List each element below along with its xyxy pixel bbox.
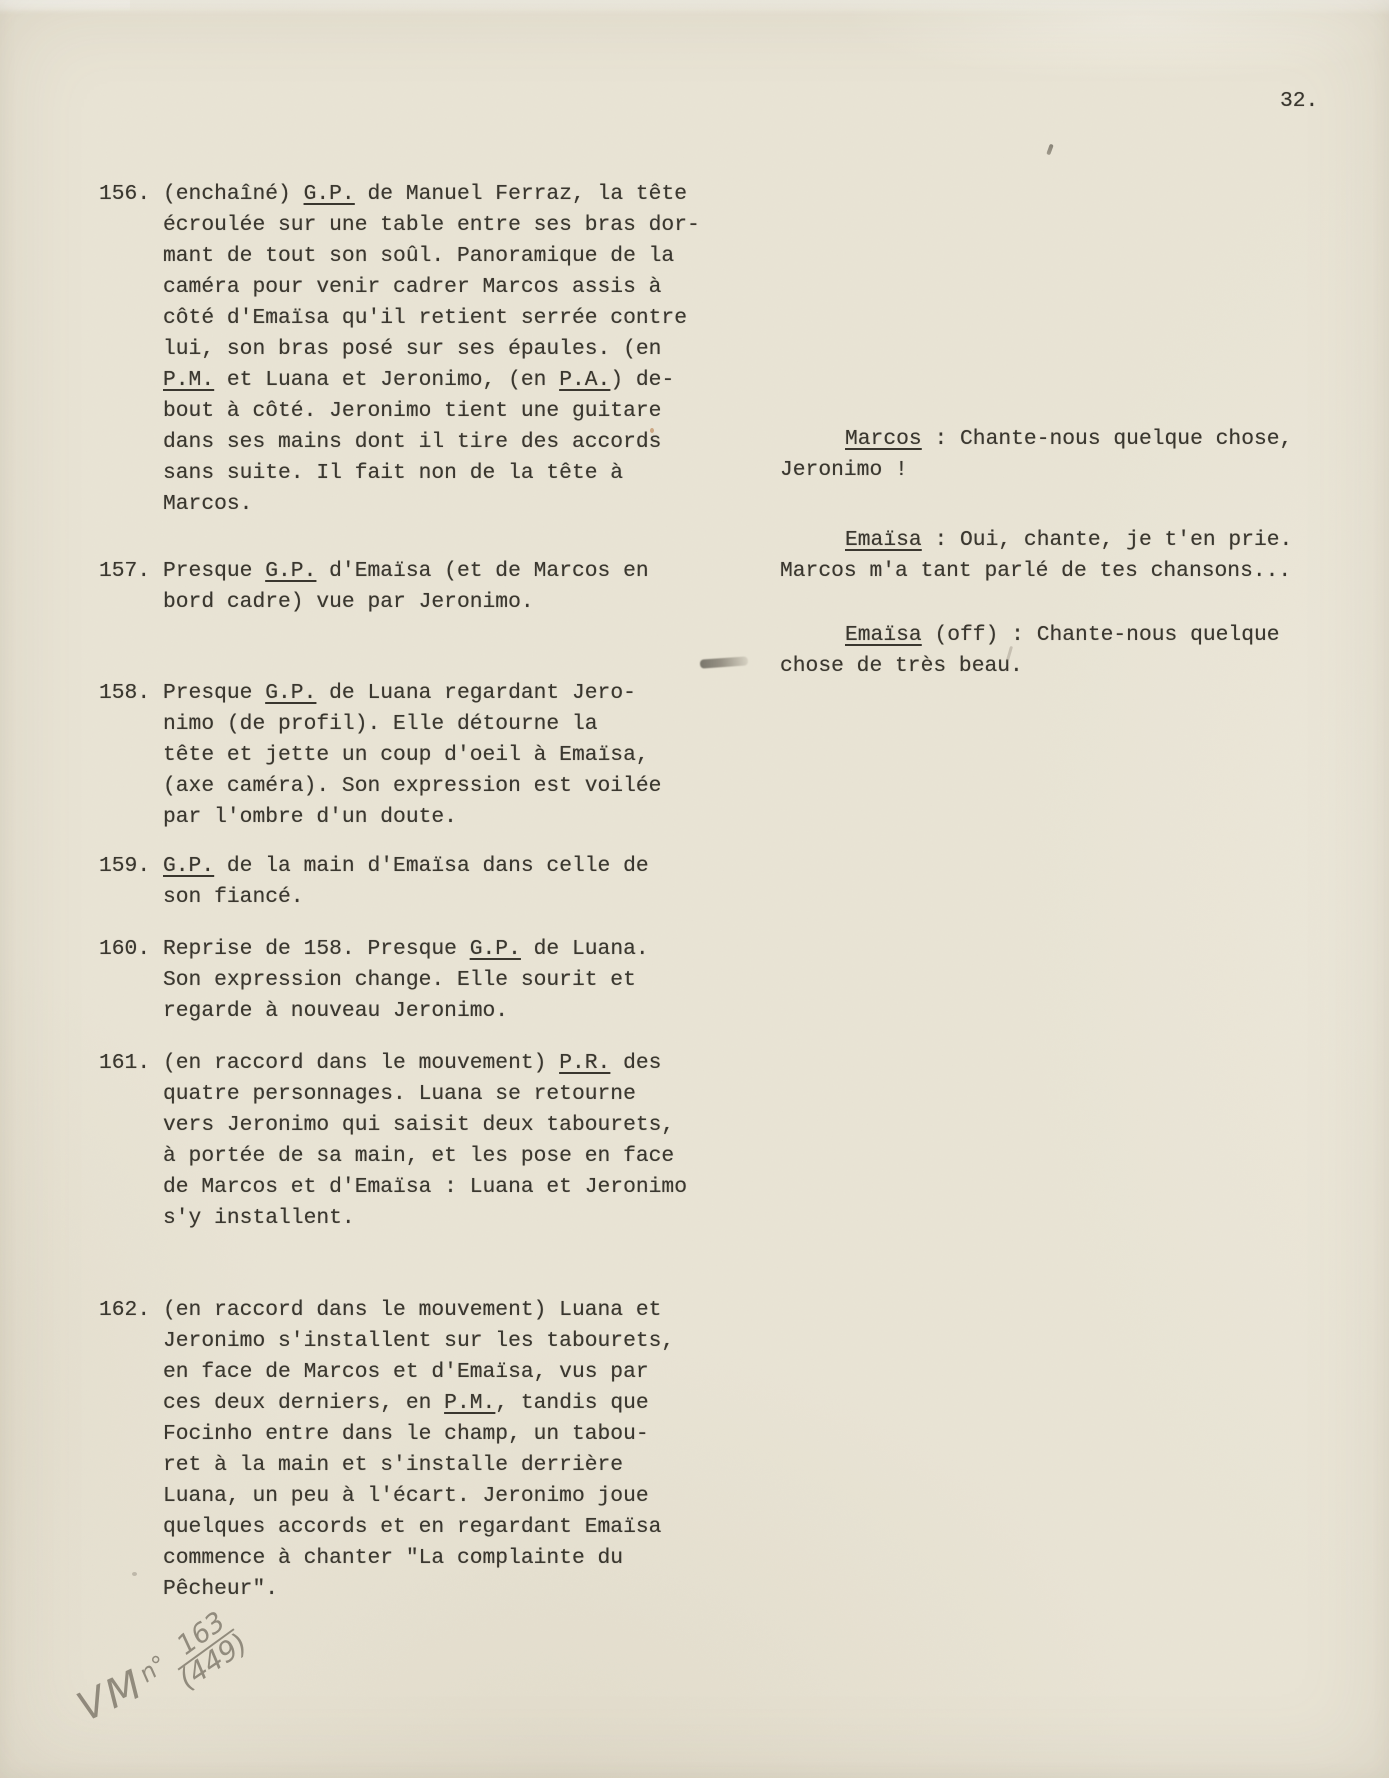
text-line: chose de très beau. xyxy=(780,651,1340,682)
dialogue-block: Emaïsa : Oui, chante, je t'en prie.Marco… xyxy=(780,525,1340,587)
dialogue-block: Marcos : Chante-nous quelque chose,Jeron… xyxy=(780,424,1340,486)
text-segment: chose de très beau. xyxy=(780,654,1023,678)
underlined-term: Emaïsa xyxy=(845,623,922,647)
text-segment: (off) : Chante-nous quelque xyxy=(922,623,1280,647)
text-line: Emaïsa (off) : Chante-nous quelque xyxy=(780,620,1340,651)
text-line: Marcos : Chante-nous quelque chose, xyxy=(780,424,1340,455)
dialogue-column: Marcos : Chante-nous quelque chose,Jeron… xyxy=(0,0,1389,1778)
text-segment: Jeronimo ! xyxy=(780,458,908,482)
text-line: Marcos m'a tant parlé de tes chansons... xyxy=(780,556,1340,587)
text-segment: : Oui, chante, je t'en prie. xyxy=(922,528,1293,552)
text-segment: Marcos m'a tant parlé de tes chansons... xyxy=(780,559,1291,583)
text-line: Jeronimo ! xyxy=(780,455,1340,486)
text-line: Emaïsa : Oui, chante, je t'en prie. xyxy=(780,525,1340,556)
underlined-term: Marcos xyxy=(845,427,922,451)
script-page: 32. 156.(enchaîné) G.P. de Manuel Ferraz… xyxy=(0,0,1389,1778)
dialogue-block: Emaïsa (off) : Chante-nous quelquechose … xyxy=(780,620,1340,682)
text-segment: : Chante-nous quelque chose, xyxy=(922,427,1293,451)
underlined-term: Emaïsa xyxy=(845,528,922,552)
